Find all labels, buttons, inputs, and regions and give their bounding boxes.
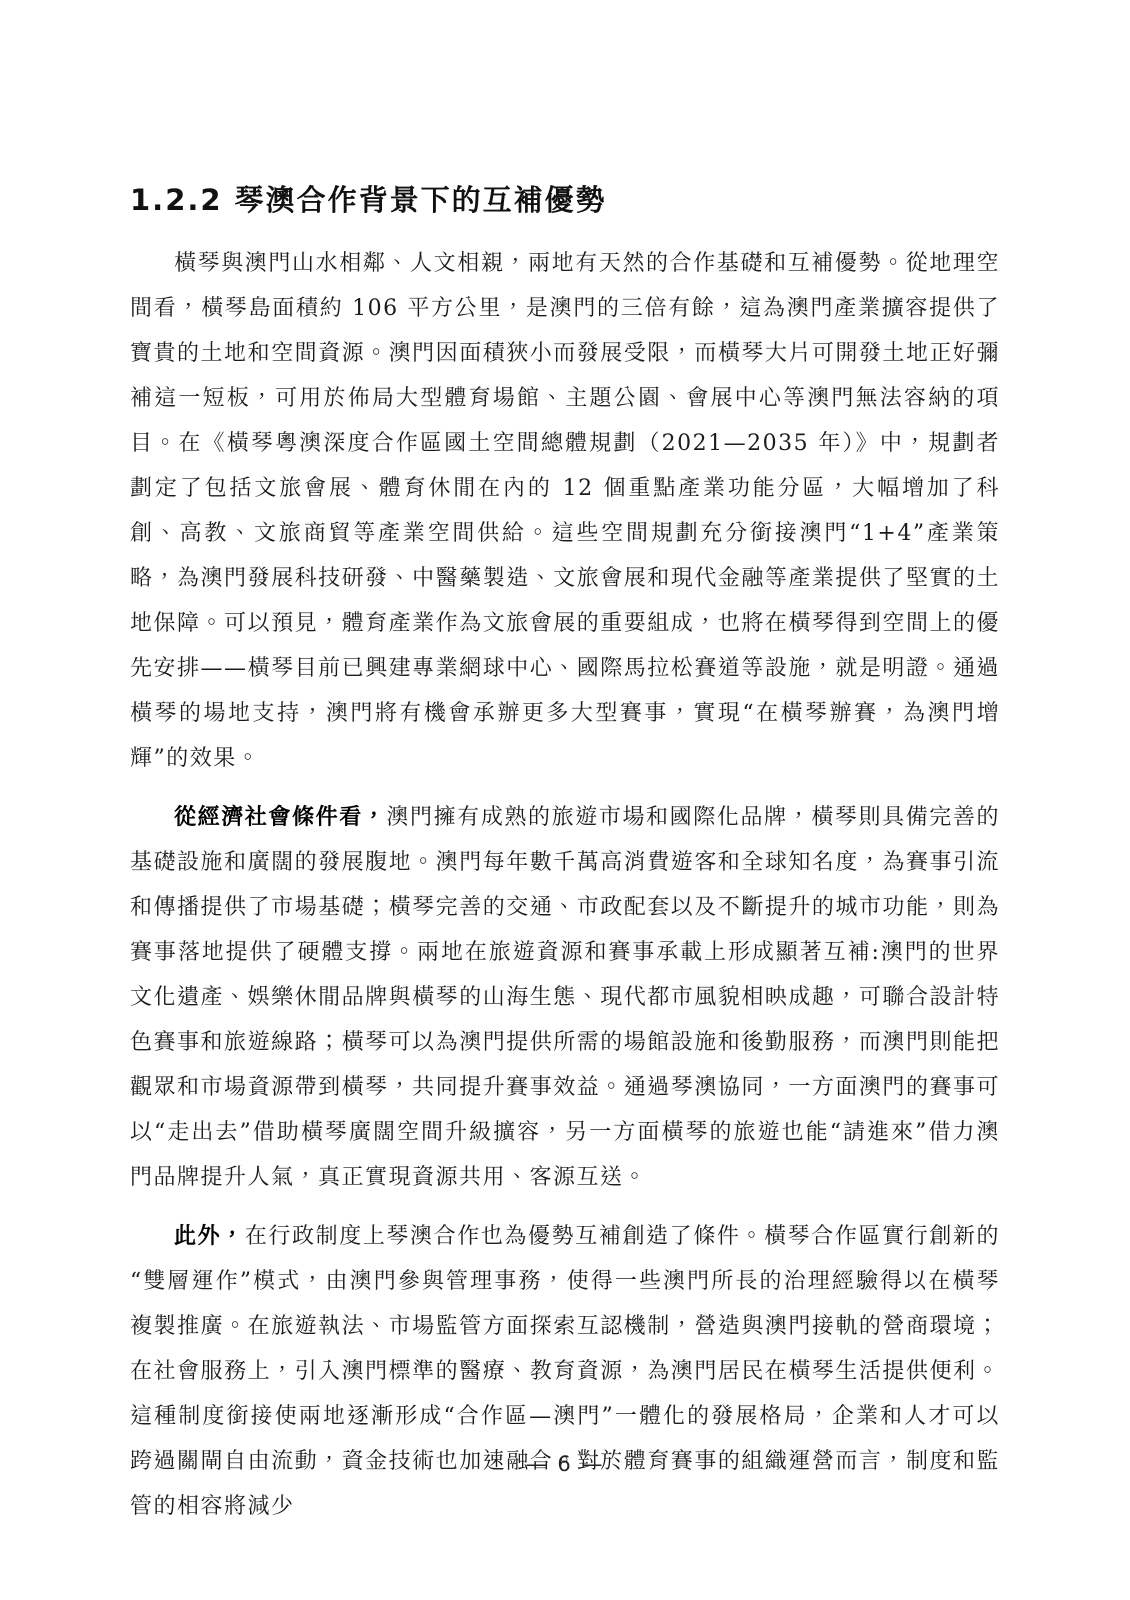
document-page: 1.2.2 琴澳合作背景下的互補優勢 橫琴與澳門山水相鄰、人文相親，兩地有天然的… — [0, 0, 1130, 1600]
section-heading: 1.2.2 琴澳合作背景下的互補優勢 — [130, 178, 1000, 219]
paragraph-economy: 從經濟社會條件看，澳門擁有成熟的旅遊市場和國際化品牌，橫琴則具備完善的基礎設施和… — [130, 795, 1000, 1200]
paragraph-geography: 橫琴與澳門山水相鄰、人文相親，兩地有天然的合作基礎和互補優勢。從地理空間看，橫琴… — [130, 241, 1000, 781]
page-number: — 6 — — [0, 1452, 1130, 1476]
paragraph-lead: 從經濟社會條件看， — [174, 804, 386, 830]
paragraph-text: 橫琴與澳門山水相鄰、人文相親，兩地有天然的合作基礎和互補優勢。從地理空間看，橫琴… — [130, 251, 1000, 771]
paragraph-administration: 此外，在行政制度上琴澳合作也為優勢互補創造了條件。橫琴合作區實行創新的“雙層運作… — [130, 1214, 1000, 1529]
paragraph-text: 澳門擁有成熟的旅遊市場和國際化品牌，橫琴則具備完善的基礎設施和廣闊的發展腹地。澳… — [130, 805, 1000, 1190]
paragraph-lead: 此外， — [174, 1223, 245, 1249]
